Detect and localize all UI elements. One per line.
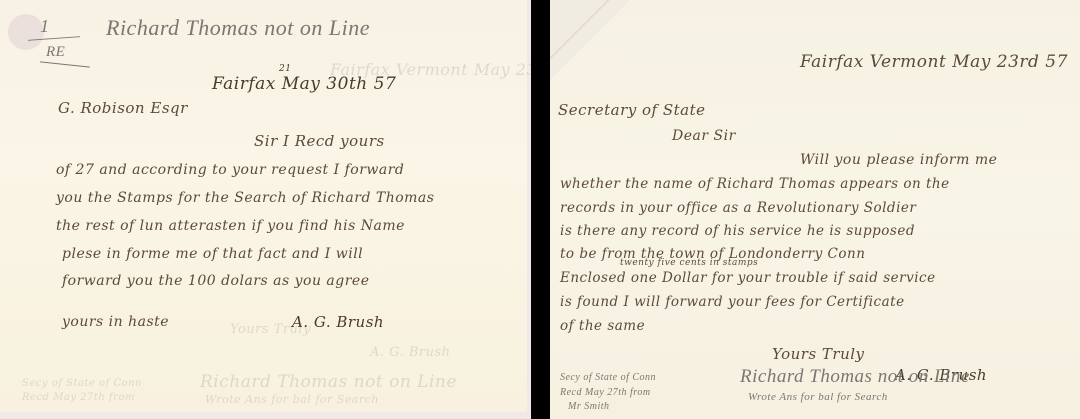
closing: yours in haste (62, 314, 169, 330)
pencil-heading: Richard Thomas not on Line (106, 15, 370, 41)
docket-line-2: Recd May 27th from (560, 387, 651, 398)
pencil-note: Wrote Ans for bal for Search (748, 391, 888, 403)
bleed-through-signature: A. G. Brush (370, 345, 451, 360)
body-line-3: the rest of lun atterasten if you find h… (56, 218, 405, 234)
bleed-through-heading: Richard Thomas not on Line (200, 372, 457, 392)
body-line-6: Enclosed one Dollar for your trouble if … (560, 270, 936, 286)
docket-line-1: Secy of State of Conn (560, 372, 656, 383)
signature: A. G. Brush (292, 313, 384, 331)
body-line-7: is found I will forward your fees for Ce… (560, 294, 905, 310)
left-letter-paper: 1 RE Richard Thomas not on Line Fairfax … (0, 0, 527, 412)
pencil-underline-2 (40, 61, 90, 67)
pencil-initials: RE (46, 44, 65, 61)
body-line-4: is there any record of his service he is… (560, 223, 915, 239)
body-line-1: of 27 and according to your request I fo… (56, 162, 404, 178)
place-date: Fairfax May 30th 57 (212, 74, 396, 94)
pencil-heading: Richard Thomas not on Line (740, 366, 970, 388)
stamp-mark (8, 14, 44, 50)
bleed-through-docket-1: Secy of State of Conn (22, 378, 142, 389)
interlinear-insert: twenty five cents in stamps (620, 258, 758, 268)
body-line-8: of the same (560, 318, 645, 334)
body-line-1: Will you please inform me (800, 152, 997, 168)
bleed-through-note: Wrote Ans for bal for Search (205, 393, 379, 406)
salutation: Dear Sir (672, 128, 736, 144)
pencil-number: 1 (40, 16, 50, 37)
date-superscript: 21 (279, 64, 291, 74)
body-line-2: whether the name of Richard Thomas appea… (560, 176, 950, 192)
right-letter-paper: Fairfax Vermont May 23rd 57 Secretary of… (550, 0, 1080, 419)
salutation: Sir I Recd yours (254, 132, 385, 150)
folded-corner (550, 0, 630, 80)
docket-line-3: Mr Smith (568, 401, 610, 412)
body-line-4: plese in forme me of that fact and I wil… (62, 246, 363, 262)
addressee: Secretary of State (558, 101, 706, 119)
bleed-through-docket-2: Recd May 27th from (22, 392, 135, 403)
closing: Yours Truly (772, 345, 865, 363)
place-date: Fairfax Vermont May 23rd 57 (800, 52, 1068, 72)
right-letter-page: Fairfax Vermont May 23rd 57 Secretary of… (550, 0, 1080, 419)
body-line-3: records in your office as a Revolutionar… (560, 200, 916, 216)
addressee: G. Robison Esqr (58, 99, 188, 117)
left-letter-page: 1 RE Richard Thomas not on Line Fairfax … (0, 0, 531, 419)
body-line-2: you the Stamps for the Search of Richard… (56, 190, 434, 206)
body-line-5: forward you the 100 dolars as you agree (62, 273, 370, 289)
